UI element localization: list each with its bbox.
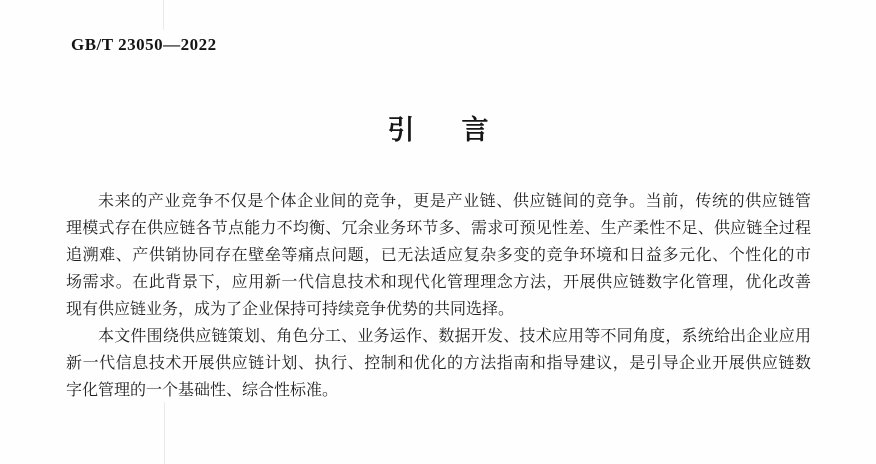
paragraph-1-line-2: 理模式存在供应链各节点能力不均衡、冗余业务环节多、需求可预见性差、生产柔性不足、… <box>66 215 811 242</box>
section-title-char: 引 <box>388 113 415 147</box>
paragraph-2-line-3: 字化管理的一个基础性、综合性标准。 <box>66 377 811 404</box>
paragraph-2-line-1: 本文件围绕供应链策划、角色分工、业务运作、数据开发、技术应用等不同角度，系统给出… <box>66 323 811 350</box>
paragraph-1-line-4: 场需求。在此背景下，应用新一代信息技术和现代化管理理念方法，开展供应链数字化管理… <box>66 269 811 296</box>
paragraph-1-line-3: 追溯难、产供销协同存在壁垒等痛点问题，已无法适应复杂多变的竞争环境和日益多元化、… <box>66 242 811 269</box>
section-title: 引 言 <box>0 113 876 147</box>
document-page: GB/T 23050—2022 引 言 未来的产业竞争不仅是个体企业间的竞争，更… <box>0 0 876 464</box>
paragraph-1-line-1: 未来的产业竞争不仅是个体企业间的竞争，更是产业链、供应链间的竞争。当前，传统的供… <box>66 188 811 215</box>
paragraph-1-line-5: 现有供应链业务，成为了企业保持可持续竞争优势的共同选择。 <box>66 296 811 323</box>
scan-fold-artifact <box>163 0 164 30</box>
standard-number: GB/T 23050—2022 <box>71 35 217 55</box>
paragraph-2-line-2: 新一代信息技术开展供应链计划、执行、控制和优化的方法指南和指导建议，是引导企业开… <box>66 350 811 377</box>
scan-fold-artifact <box>164 402 165 464</box>
section-title-char: 言 <box>462 113 489 147</box>
body-text: 未来的产业竞争不仅是个体企业间的竞争，更是产业链、供应链间的竞争。当前，传统的供… <box>66 188 811 404</box>
